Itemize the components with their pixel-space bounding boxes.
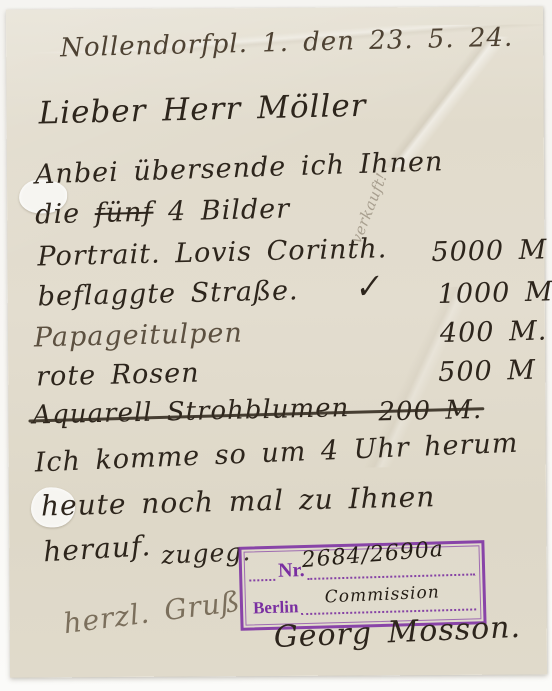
item-title: rote Rosen — [36, 358, 200, 393]
dateline: Nollendorfpl. 1. den 23. 5. 24. — [60, 23, 514, 64]
item-price: 5000 M — [431, 234, 548, 268]
intro-word-4-bilder: 4 Bilder — [168, 193, 291, 227]
outro-line-3: herauf. — [42, 529, 152, 568]
outro-line-2: heute noch mal zu Ihnen — [41, 480, 436, 522]
check-mark: ✓ — [351, 266, 384, 308]
intro-word-die: die — [35, 198, 81, 230]
item-title: Papageitulpen — [34, 318, 244, 354]
salutation: Lieber Herr Möller — [38, 88, 367, 132]
outro-line-1: Ich komme so um 4 Uhr herum — [34, 428, 519, 479]
letter-paper: Nollendorfpl. 1. den 23. 5. 24. Lieber H… — [6, 6, 547, 677]
item-price: 1000 M. — [437, 276, 552, 310]
intro-line-2: die fünf 4 Bilder — [35, 193, 291, 230]
farewell: herzl. Gruß — [62, 585, 243, 640]
stamp-city-label: Berlin — [250, 598, 302, 616]
intro-word-fuenf-struck: fünf — [94, 197, 153, 229]
letter-scan-page: { "letter": { "dateline": "Nollendorfpl.… — [0, 0, 552, 691]
item-title: Portrait. Lovis Corinth. — [37, 233, 388, 272]
item-price: 400 M. — [440, 315, 548, 349]
item-price: 500 M — [438, 355, 536, 388]
item-title: beflaggte Straße. — [37, 275, 299, 312]
